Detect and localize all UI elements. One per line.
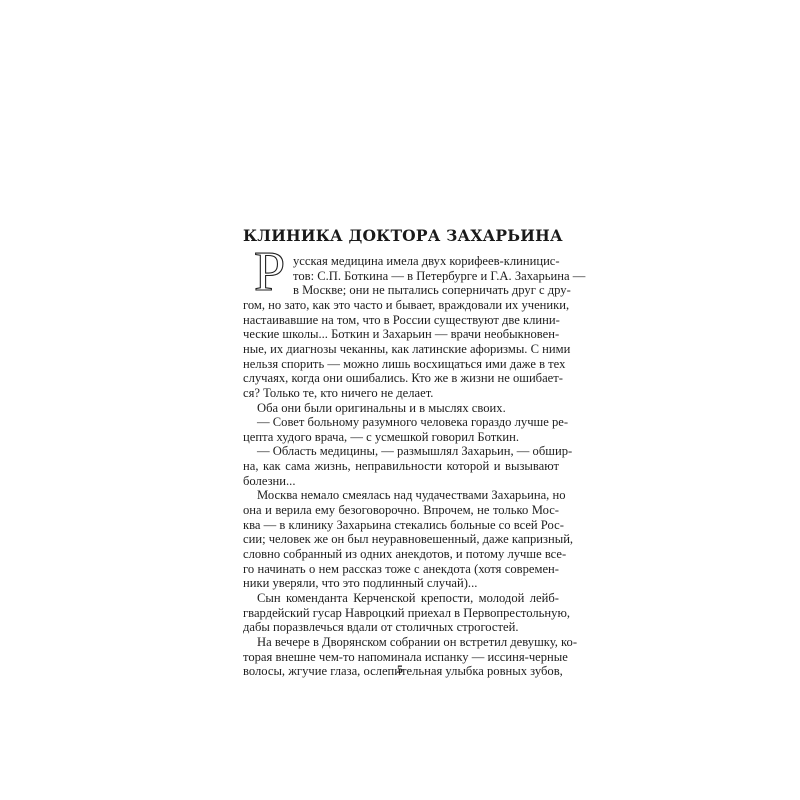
text-line: Сын коменданта Керченской крепости, моло… bbox=[257, 591, 559, 606]
book-page: КЛИНИКА ДОКТОРА ЗАХАРЬИНА Р усская медиц… bbox=[0, 0, 800, 800]
page-number: 5 bbox=[380, 662, 420, 677]
text-line: ся? Только те, кто ничего не делает. bbox=[243, 386, 559, 401]
text-line: болезни... bbox=[243, 474, 559, 489]
text-line: усская медицина имела двух корифеев-клин… bbox=[293, 254, 559, 269]
text-line: — Совет больному разумного человека гора… bbox=[257, 415, 559, 430]
text-line: на, как сама жизнь, неправильности котор… bbox=[243, 459, 559, 474]
text-line: — Область медицины, — размышлял Захарьин… bbox=[257, 444, 559, 459]
text-line: тов: С.П. Боткина — в Петербурге и Г.А. … bbox=[293, 269, 559, 284]
text-line: Москва немало смеялась над чудачествами … bbox=[257, 488, 559, 503]
text-line: сии; человек же он был неуравновешенный,… bbox=[243, 532, 559, 547]
text-line: гом, но зато, как это часто и бывает, вр… bbox=[243, 298, 559, 313]
text-line: дабы поразвлечься вдали от столичных стр… bbox=[243, 620, 559, 635]
text-line: ные, их диагнозы чеканны, как латинские … bbox=[243, 342, 559, 357]
text-line: гвардейский гусар Навроцкий приехал в Пе… bbox=[243, 606, 559, 621]
text-line: го начинать о нем рассказ тоже с анекдот… bbox=[243, 562, 559, 577]
text-line: она и верила ему безоговорочно. Впрочем,… bbox=[243, 503, 559, 518]
chapter-title: КЛИНИКА ДОКТОРА ЗАХАРЬИНА bbox=[243, 226, 559, 245]
text-line: нельзя спорить — можно лишь восхищаться … bbox=[243, 357, 559, 372]
text-line: в Москве; они не пытались соперничать др… bbox=[293, 283, 559, 298]
drop-cap-letter: Р bbox=[254, 244, 285, 300]
text-line: настаивавшие на том, что в России сущест… bbox=[243, 313, 559, 328]
text-line: ческие школы... Боткин и Захарьин — врач… bbox=[243, 327, 559, 342]
text-line: случаях, когда они ошибались. Кто же в ж… bbox=[243, 371, 559, 386]
text-line: ква — в клинику Захарьина стекались боль… bbox=[243, 518, 559, 533]
text-line: словно собранный из одних анекдотов, и п… bbox=[243, 547, 559, 562]
text-line: На вечере в Дворянском собрании он встре… bbox=[257, 635, 559, 650]
text-line: цепта худого врача, — с усмешкой говорил… bbox=[243, 430, 559, 445]
text-line: ники уверяли, что это подлинный случай).… bbox=[243, 576, 559, 591]
text-line: Оба они были оригинальны и в мыслях свои… bbox=[257, 401, 559, 416]
